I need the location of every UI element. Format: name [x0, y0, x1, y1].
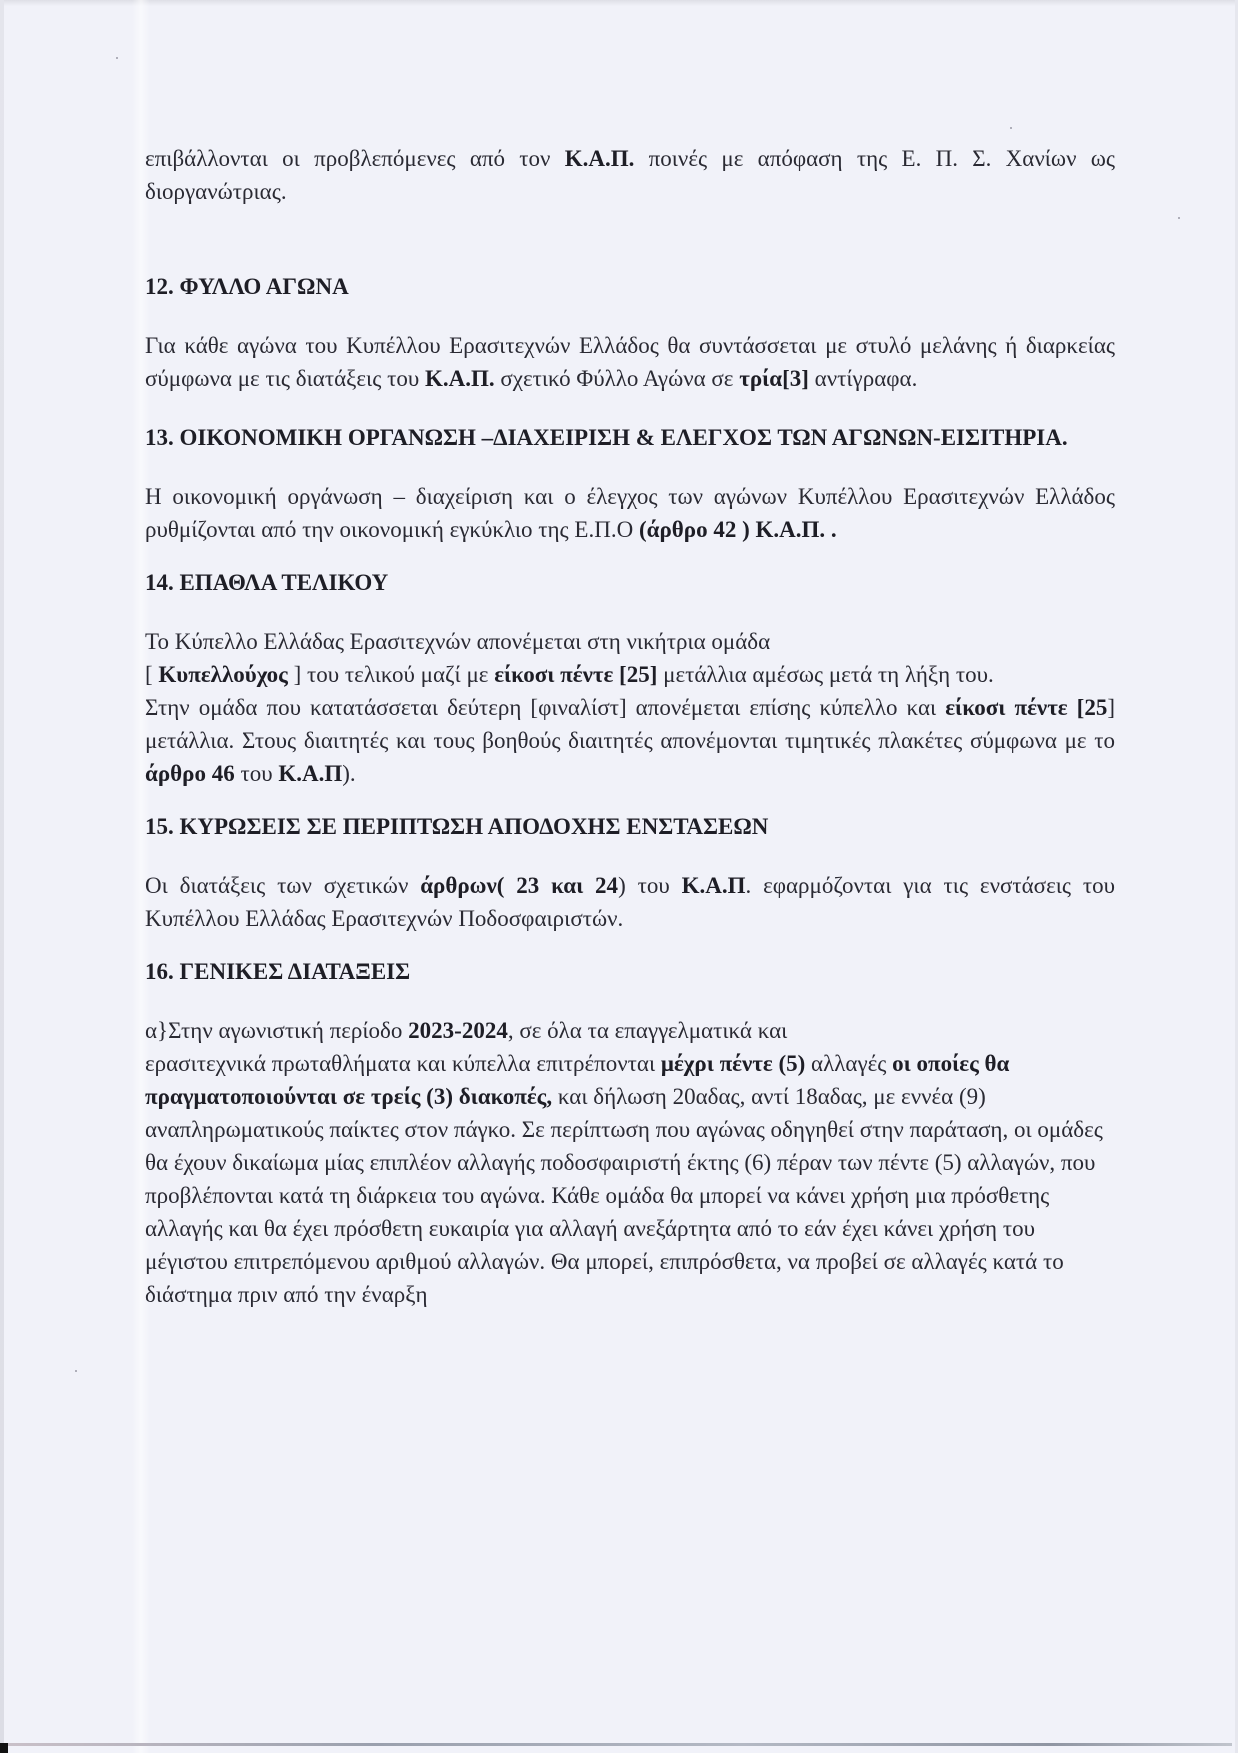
- section-14-heading: 14. ΕΠΑΘΛΑ ΤΕΛΙΚΟΥ: [145, 566, 1115, 599]
- bold-run: Κ.Α.Π: [682, 873, 746, 898]
- section-15-heading: 15. ΚΥΡΩΣΕΙΣ ΣΕ ΠΕΡΙΠΤΩΣΗ ΑΠΟΔΟΧΗΣ ΕΝΣΤΑ…: [145, 810, 1115, 843]
- scan-bottom-edge: [8, 1743, 1232, 1746]
- section-16-paragraph: α}Στην αγωνιστική περίοδο 2023-2024, σε …: [145, 1014, 1115, 1311]
- scan-speck: [1010, 127, 1012, 129]
- bold-run: άρθρων( 23 και 24: [420, 873, 618, 898]
- bold-run: οι οποίες θα πραγματοποιούνται σε τρείς …: [145, 1051, 1009, 1109]
- scan-speck: [1178, 217, 1180, 219]
- bold-run: Κ.Α.Π: [278, 761, 342, 786]
- document-page: επιβάλλονται οι προβλεπόμενες από τον Κ.…: [145, 142, 1115, 1311]
- bold-run: 2023-2024: [408, 1018, 508, 1043]
- section-14-paragraph: Το Κύπελλο Ελλάδας Ερασιτεχνών απονέμετα…: [145, 625, 1115, 790]
- bold-run: είκοσι πέντε [25: [945, 695, 1107, 720]
- bold-run: είκοσι πέντε [25]: [494, 662, 657, 687]
- scan-speck: [116, 57, 118, 59]
- scan-corner-mark: [0, 1743, 8, 1753]
- section-12-heading: 12. ΦΥΛΛΟ ΑΓΩΝΑ: [145, 270, 1115, 303]
- section-16-heading: 16. ΓΕΝΙΚΕΣ ΔΙΑΤΑΞΕΙΣ: [145, 955, 1115, 988]
- bold-run: Κ.Α.Π.: [565, 146, 635, 171]
- bold-run: μέχρι πέντε (5): [661, 1051, 805, 1076]
- bold-run: άρθρο 46: [145, 761, 235, 786]
- bold-run: Κυπελλούχος: [158, 662, 287, 687]
- bold-run: τρία[3]: [739, 366, 809, 391]
- section-12-paragraph: Για κάθε αγώνα του Κυπέλλου Ερασιτεχνών …: [145, 329, 1115, 395]
- scan-top-shadow: [0, 0, 1238, 6]
- bold-run: Κ.Α.Π.: [425, 366, 495, 391]
- scan-left-edge: [0, 0, 4, 1753]
- intro-paragraph: επιβάλλονται οι προβλεπόμενες από τον Κ.…: [145, 142, 1115, 208]
- bold-run: (άρθρο 42 ) Κ.Α.Π. .: [639, 517, 837, 542]
- section-13-paragraph: Η οικονομική οργάνωση – διαχείριση και ο…: [145, 480, 1115, 546]
- section-15-paragraph: Οι διατάξεις των σχετικών άρθρων( 23 και…: [145, 869, 1115, 935]
- section-13-heading: 13. ΟΙΚΟΝΟΜΙΚΗ ΟΡΓΑΝΩΣΗ –ΔΙΑΧΕΙΡΙΣΗ & ΕΛ…: [145, 421, 1115, 454]
- scan-speck: [75, 1370, 77, 1372]
